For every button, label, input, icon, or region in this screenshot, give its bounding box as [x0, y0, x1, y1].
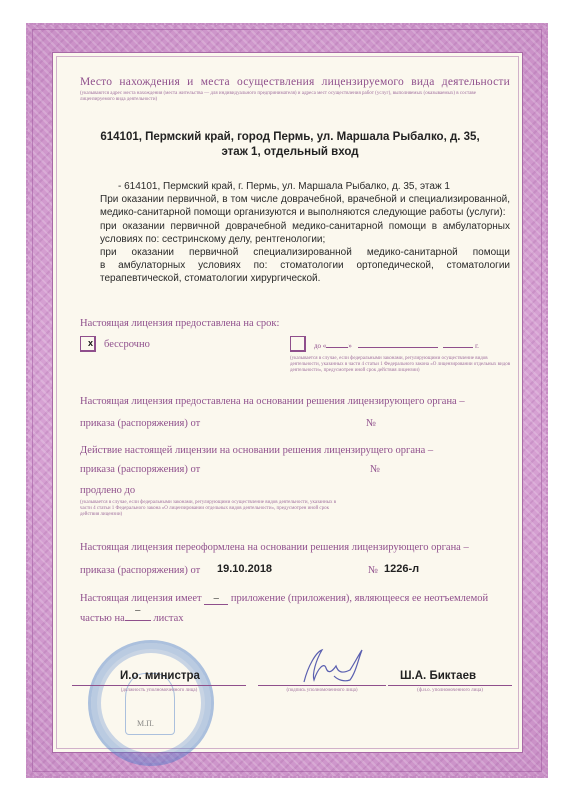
until-checkbox[interactable]: [290, 336, 306, 352]
until-day-field[interactable]: [326, 347, 348, 348]
appendix-prefix: Настоящая лицензия имеет: [80, 593, 202, 604]
works-text: - 614101, Пермский край, г. Пермь, ул. М…: [100, 180, 510, 286]
appendix-pages-line: частью на– листах: [80, 613, 184, 624]
appendix-pages-prefix: частью на: [80, 613, 125, 624]
reissue-order-label: приказа (распоряжения) от: [80, 565, 200, 576]
signatory-name: Ш.А. Биктаев: [400, 670, 476, 682]
reissue-number-label: №: [368, 565, 378, 576]
appendix-pages-suffix: листах: [153, 613, 183, 624]
extension-order-label: приказа (распоряжения) от: [80, 464, 200, 475]
name-caption: (ф.и.о. уполномоченного лица): [388, 688, 512, 693]
until-month-field[interactable]: [358, 347, 438, 348]
indefinite-checkbox[interactable]: x: [80, 336, 96, 352]
grant-number-label: №: [366, 418, 376, 429]
stamp-label: М.П.: [137, 719, 154, 728]
extension-line: Действие настоящей лицензии на основании…: [80, 445, 433, 456]
position-line: [72, 685, 246, 686]
address-line-1: 614101, Пермский край, город Пермь, ул. …: [70, 130, 510, 145]
reissue-line: Настоящая лицензия переоформлена на осно…: [80, 542, 469, 553]
indefinite-label: бессрочно: [104, 339, 150, 350]
name-line: [388, 685, 512, 686]
appendix-line: Настоящая лицензия имеет – приложение (п…: [80, 593, 488, 605]
works-p3c: терапевтической, стоматологии хирургичес…: [100, 272, 510, 285]
signature-caption: (подпись уполномоченного лица): [258, 688, 386, 693]
signature-icon: [298, 646, 368, 686]
reissue-number: 1226-л: [384, 563, 419, 575]
section-note: (указываются адрес места нахождения (мес…: [80, 91, 510, 103]
extension-note: (указывается в случае, если федеральными…: [80, 500, 348, 518]
signature-line: [258, 685, 386, 686]
checkbox-mark: x: [88, 338, 93, 348]
works-p3b: в амбулаторных условиях по: стоматологии…: [100, 259, 510, 272]
reissue-date: 19.10.2018: [217, 563, 272, 575]
works-p2: при оказании первичной доврачебной медик…: [100, 220, 510, 246]
position-caption: (должность уполномоченного лица): [72, 688, 246, 693]
address-block: 614101, Пермский край, город Пермь, ул. …: [70, 130, 510, 160]
signatory-position: И.о. министра: [120, 670, 200, 682]
appendix-pages: –: [125, 605, 151, 616]
extension-number-label: №: [370, 464, 380, 475]
works-p3a: при оказании первичной специализированно…: [100, 246, 510, 259]
works-location: - 614101, Пермский край, г. Пермь, ул. М…: [100, 180, 510, 193]
works-p1: При оказании первичной, в том числе довр…: [100, 193, 510, 219]
section-title: Место нахождения и места осуществления л…: [80, 76, 510, 88]
until-mid: »: [348, 342, 352, 350]
grant-order-label: приказа (распоряжения) от: [80, 418, 200, 429]
address-line-2: этаж 1, отдельный вход: [70, 145, 510, 160]
until-suffix: г.: [475, 342, 479, 350]
official-stamp: М.П.: [88, 640, 214, 766]
until-year-field[interactable]: [443, 347, 473, 348]
appendix-suffix: приложение (приложения), являющееся ее н…: [231, 593, 488, 604]
until-prefix: до «: [314, 342, 326, 350]
appendix-pages-underline: [125, 620, 151, 621]
appendix-count: –: [204, 593, 228, 605]
extended-until-label: продлено до: [80, 485, 135, 496]
term-label: Настоящая лицензия предоставлена на срок…: [80, 318, 279, 329]
until-date-line: до «» г.: [314, 342, 479, 350]
until-note: (указывается в случае, если федеральными…: [290, 356, 516, 374]
grant-line: Настоящая лицензия предоставлена на осно…: [80, 396, 465, 407]
